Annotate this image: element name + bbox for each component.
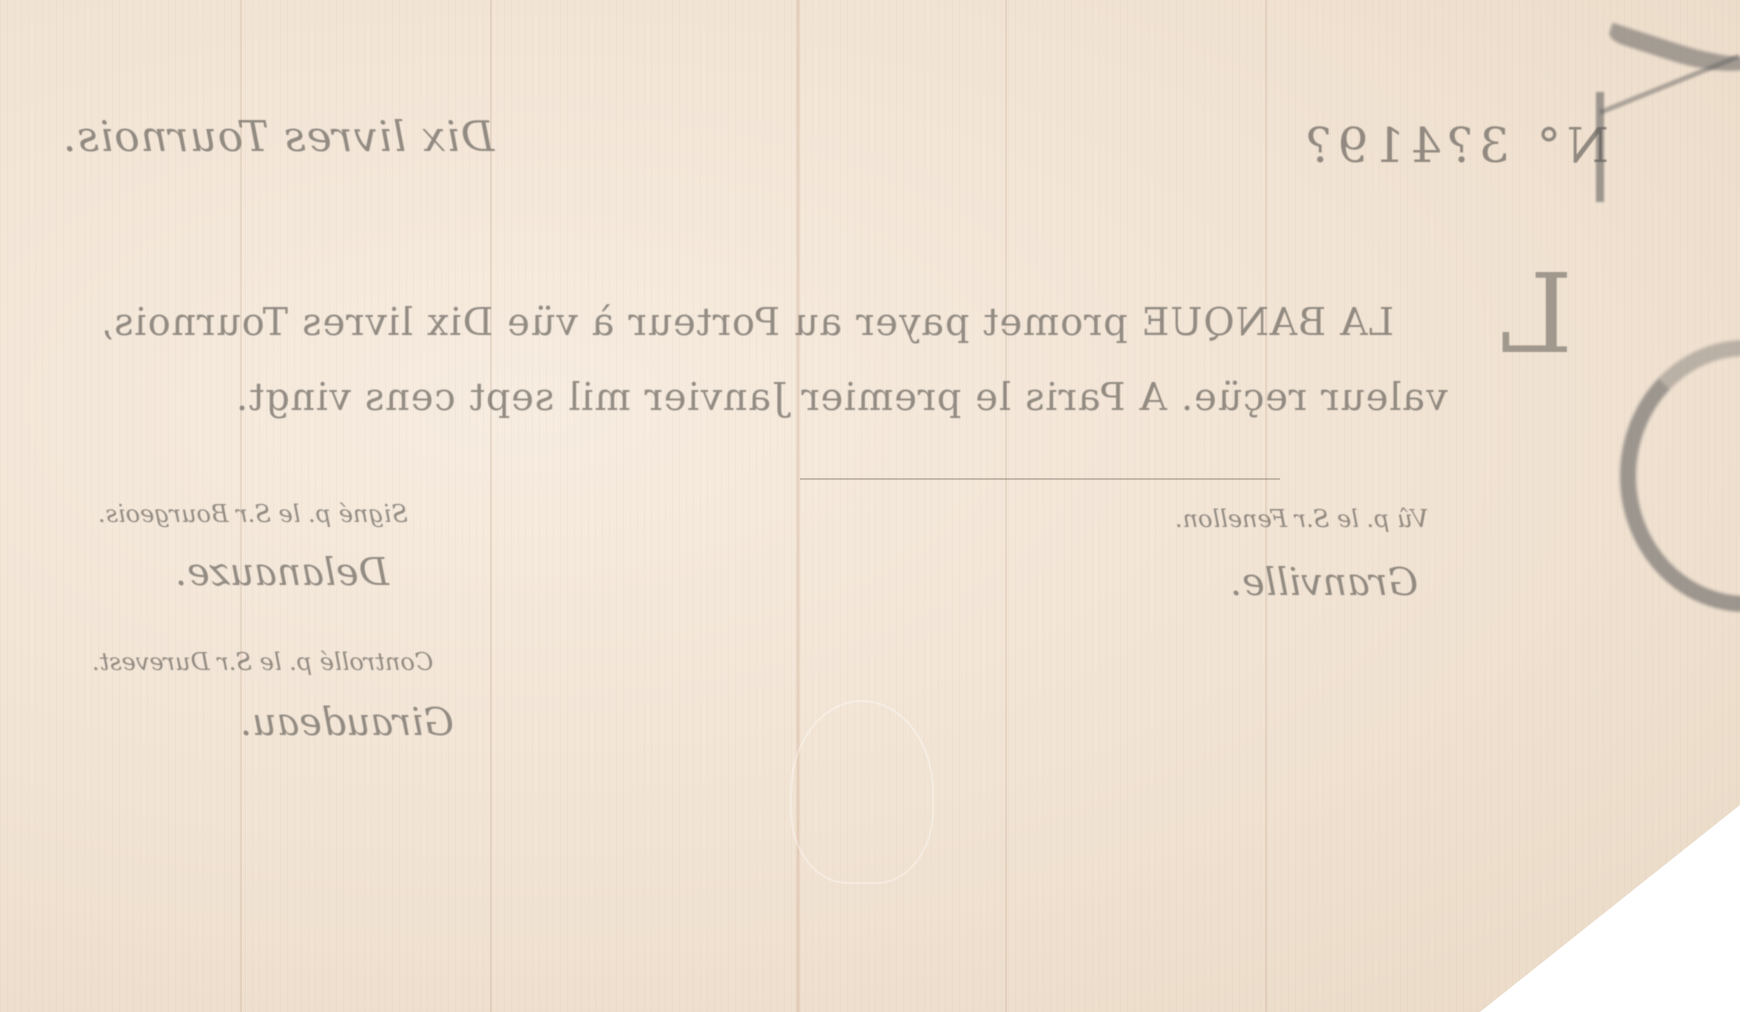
frame-line (800, 478, 1280, 480)
chain-line (1005, 0, 1007, 1012)
signature-label-1: Signé p. le S.r Bourgeois. (98, 500, 408, 528)
signature-label-2: Controllé p. le S.r Durevest. (92, 648, 433, 676)
body-text-line-1: LA BANQUE promet payer au Porteur à vüe … (100, 300, 1394, 344)
pencil-mark-stroke (1599, 54, 1740, 115)
body-text-line-2: valeur reçüe. A Paris le premier Janvier… (235, 375, 1448, 419)
signature-name-1: Delanauze. (175, 550, 389, 594)
initial-letter: L (1500, 250, 1573, 378)
pencil-arc (1620, 340, 1744, 612)
denomination-line: Dix livres Tournois. (62, 112, 494, 161)
signature-label-3: Vû p. le S.r Fenellon. (1175, 505, 1428, 533)
signature-name-3: Granville. (1230, 560, 1418, 604)
banknote-paper: Dix livres Tournois. N° 3?419? L LA BANQ… (0, 0, 1740, 1012)
watermark-emblem (790, 700, 934, 884)
signature-name-2: Giraudeau. (240, 700, 454, 744)
fold-crease (795, 0, 801, 1012)
serial-number: N° 3?419? (1300, 118, 1609, 174)
